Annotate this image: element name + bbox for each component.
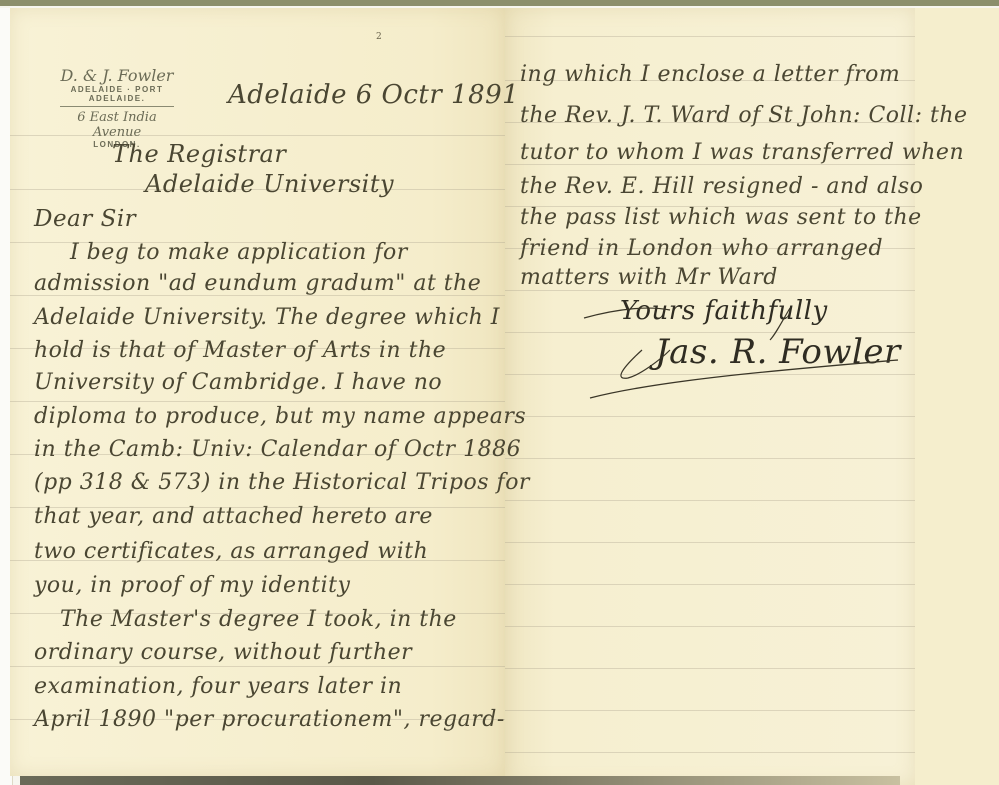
letterhead-divider [60,106,174,107]
body-line: two certificates, as arranged with [34,539,428,564]
salutation: Dear Sir [34,206,136,232]
letterhead-firm: D. & J. Fowler [52,66,182,85]
recipient-line-2: Adelaide University [145,170,394,198]
body-line: April 1890 "per procurationem", regard- [34,707,505,732]
body-line: ordinary course, without further [34,640,412,665]
body-line: diploma to produce, but my name appears [34,404,526,429]
body-line: I beg to make application for [70,240,408,265]
body-line: (pp 318 & 573) in the Historical Tripos … [34,470,530,495]
signature-flourish-icon [580,300,900,400]
recipient-line-1: The Registrar [112,140,286,168]
body-line: in the Camb: Univ: Calendar of Octr 1886 [34,437,521,462]
letterhead-locations: ADELAIDE · PORT ADELAIDE. [52,85,182,103]
scan-bottom-edge [20,776,900,785]
letterhead-address: 6 East India Avenue [52,110,182,140]
body-line: examination, four years later in [34,674,402,699]
letterhead: D. & J. Fowler ADELAIDE · PORT ADELAIDE.… [52,66,182,149]
dateline: Adelaide 6 Octr 1891 [228,80,519,110]
body-line: the Rev. E. Hill resigned - and also [520,174,923,199]
body-line: University of Cambridge. I have no [34,370,442,395]
body-line: hold is that of Master of Arts in the [34,338,446,363]
body-line: The Master's degree I took, in the [60,607,457,632]
body-line: the pass list which was sent to the [520,205,922,230]
body-line: you, in proof of my identity [34,573,350,598]
body-line: Adelaide University. The degree which I [34,305,500,330]
body-line: tutor to whom I was transferred when [520,140,964,165]
body-line: matters with Mr Ward [520,265,778,290]
page-number-mark: 2 [376,32,382,42]
body-line: the Rev. J. T. Ward of St John: Coll: th… [520,103,968,128]
body-line: admission "ad eundum gradum" at the [34,271,481,296]
body-line: ing which I enclose a letter from [520,62,900,87]
body-line: that year, and attached hereto are [34,504,433,529]
body-line: friend in London who arranged [520,236,883,261]
